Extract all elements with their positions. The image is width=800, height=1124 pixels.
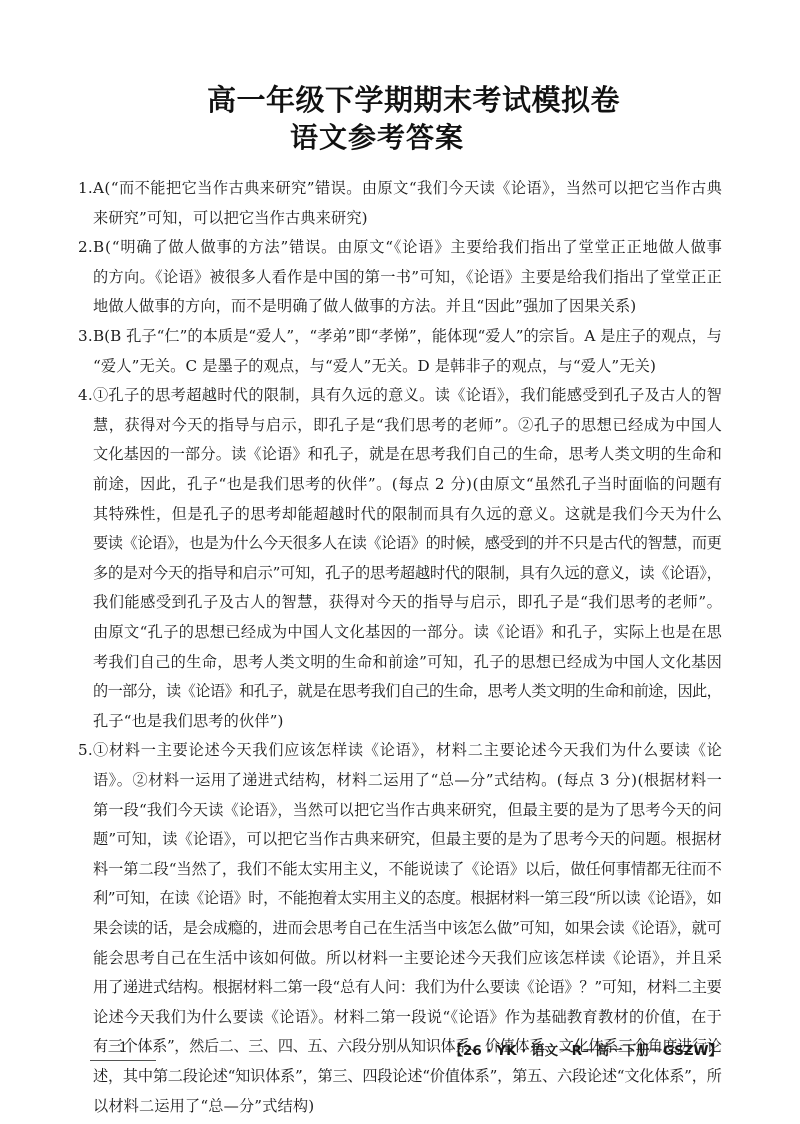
answer-text-line: ①材料一主要论述今天我们应该怎样读《论语》，材料二主要论述今天我们为什么要读《论 bbox=[93, 740, 723, 760]
answer-text-line: 果会读的话，是会成瘾的，进而会思考自己在生活当中该怎么做”可知，如果会读《论语》… bbox=[93, 918, 722, 938]
page-number: · 1 · bbox=[98, 1040, 155, 1056]
answer-number: 4. bbox=[78, 385, 93, 405]
answer-text-line: 孔子“也是我们思考的伙伴”) bbox=[93, 711, 284, 731]
answer-number: 2. bbox=[78, 237, 93, 257]
answer-text-line: B(“明确了做人做事的方法”错误。由原文“《论语》主要给我们指出了堂堂正正地做人… bbox=[93, 237, 723, 257]
answer-text-line: 利”可知，在读《论语》时，不能抱着太实用主义的态度。根据材料一第三段“所以读《论… bbox=[93, 888, 721, 908]
answer-text-line: 语》。②材料一运用了递进式结构，材料二运用了“总—分”式结构。(每点 3 分)(… bbox=[93, 770, 722, 790]
answer-text-line: 文化基因的一部分。读《论语》和孔子，就是在思考我们自己的生命，思考人类文明的生命… bbox=[93, 444, 722, 464]
page-number-underline bbox=[90, 1060, 156, 1061]
answer-text-line: 的方向。《论语》被很多人看作是中国的第一书”可知，《论语》主要是给我们指出了堂堂… bbox=[93, 267, 722, 287]
answer-text-line: 由原文“孔子的思想已经成为中国人文化基因的一部分。读《论语》和孔子，实际上也是在… bbox=[93, 622, 722, 642]
answer-text-line: 述，其中第二段论述“知识体系”，第三、四段论述“价值体系”，第五、六段论述“文化… bbox=[93, 1066, 722, 1086]
document-subtitle: 语文参考答案 bbox=[290, 116, 464, 156]
document-title: 高一年级下学期期末考试模拟卷 bbox=[207, 78, 620, 119]
answer-text-line: 其特殊性，但是孔子的思考却能超越时代的限制而具有久远的意义。这就是我们今天为什么 bbox=[93, 504, 722, 524]
answer-text-line: 前途，因此，孔子“也是我们思考的伙伴”。(每点 2 分)(由原文“虽然孔子当时面… bbox=[93, 474, 722, 494]
answer-text-line: 我们能感受到孔子及古人的智慧，获得对今天的指导与启示，即孔子是“我们思考的老师”… bbox=[93, 592, 722, 612]
answer-text-line: A(“而不能把它当作古典来研究”错误。由原文“我们今天读《论语》，当然可以把它当… bbox=[93, 178, 722, 198]
answer-text-line: 要读《论语》，也是为什么今天很多人在读《论语》的时候，感受到的并不只是古代的智慧… bbox=[93, 533, 721, 553]
answer-text-line: 考我们自己的生命，思考人类文明的生命和前途”可知，孔子的思想已经成为中国人文化基… bbox=[93, 652, 722, 672]
answer-number: 1. bbox=[78, 178, 93, 198]
document-code: 【26 · YK · 语文－R－高一下册－GSZW】 bbox=[450, 1039, 722, 1059]
answer-text-line: 题”可知，读《论语》，可以把它当作古典来研究，但最主要的是为了思考今天的问题。根… bbox=[93, 829, 722, 849]
answer-text-line: 论述今天我们为什么要读《论语》。材料二第一段说“《论语》作为基础教育教材的价值，… bbox=[93, 1007, 722, 1027]
answer-text-line: B(B 孔子“仁”的本质是“爱人”，“孝弟”即“孝悌”，能体现“爱人”的宗旨。A… bbox=[93, 326, 722, 346]
answer-text-line: 多的是对今天的指导和启示”可知，孔子的思考超越时代的限制，具有久远的意义，读《论… bbox=[93, 563, 722, 583]
answer-text-line: 用了递进式结构。根据材料二第一段“总有人问：我们为什么要读《论语》？”可知，材料… bbox=[93, 977, 722, 997]
answer-text-line: 料一第二段“当然了，我们不能太实用主义，不能说读了《论语》以后，做任何事情都无往… bbox=[93, 859, 722, 879]
answer-text-line: 的一部分，读《论语》和孔子，就是在思考我们自己的生命，思考人类文明的生命和前途，… bbox=[93, 681, 721, 701]
answer-text-line: “爱人”无关。C 是墨子的观点，与“爱人”无关。D 是韩非子的观点，与“爱人”无… bbox=[93, 356, 656, 376]
answer-number: 3. bbox=[78, 326, 93, 346]
answer-text-line: ①孔子的思考超越时代的限制，具有久远的意义。读《论语》，我们能感受到孔子及古人的… bbox=[93, 385, 722, 405]
answer-text-line: 来研究”可知，可以把它当作古典来研究) bbox=[93, 208, 368, 228]
answer-text-line: 能会思考自己在生活中该如何做。所以材料一主要论述今天我们应该怎样读《论语》，并且… bbox=[93, 948, 722, 968]
answer-text-line: 以材料二运用了“总—分”式结构) bbox=[93, 1096, 314, 1116]
answer-text-line: 地做人做事的方向，而不是明确了做人做事的方法。并且“因此”强加了因果关系) bbox=[93, 296, 636, 316]
answer-text-line: 第一段“我们今天读《论语》，当然可以把它当作古典来研究，但最主要的是为了思考今天… bbox=[93, 800, 722, 820]
answer-text-line: 慧，获得对今天的指导与启示，即孔子是“我们思考的老师”。②孔子的思想已经成为中国… bbox=[93, 415, 722, 435]
answer-number: 5. bbox=[78, 740, 93, 760]
